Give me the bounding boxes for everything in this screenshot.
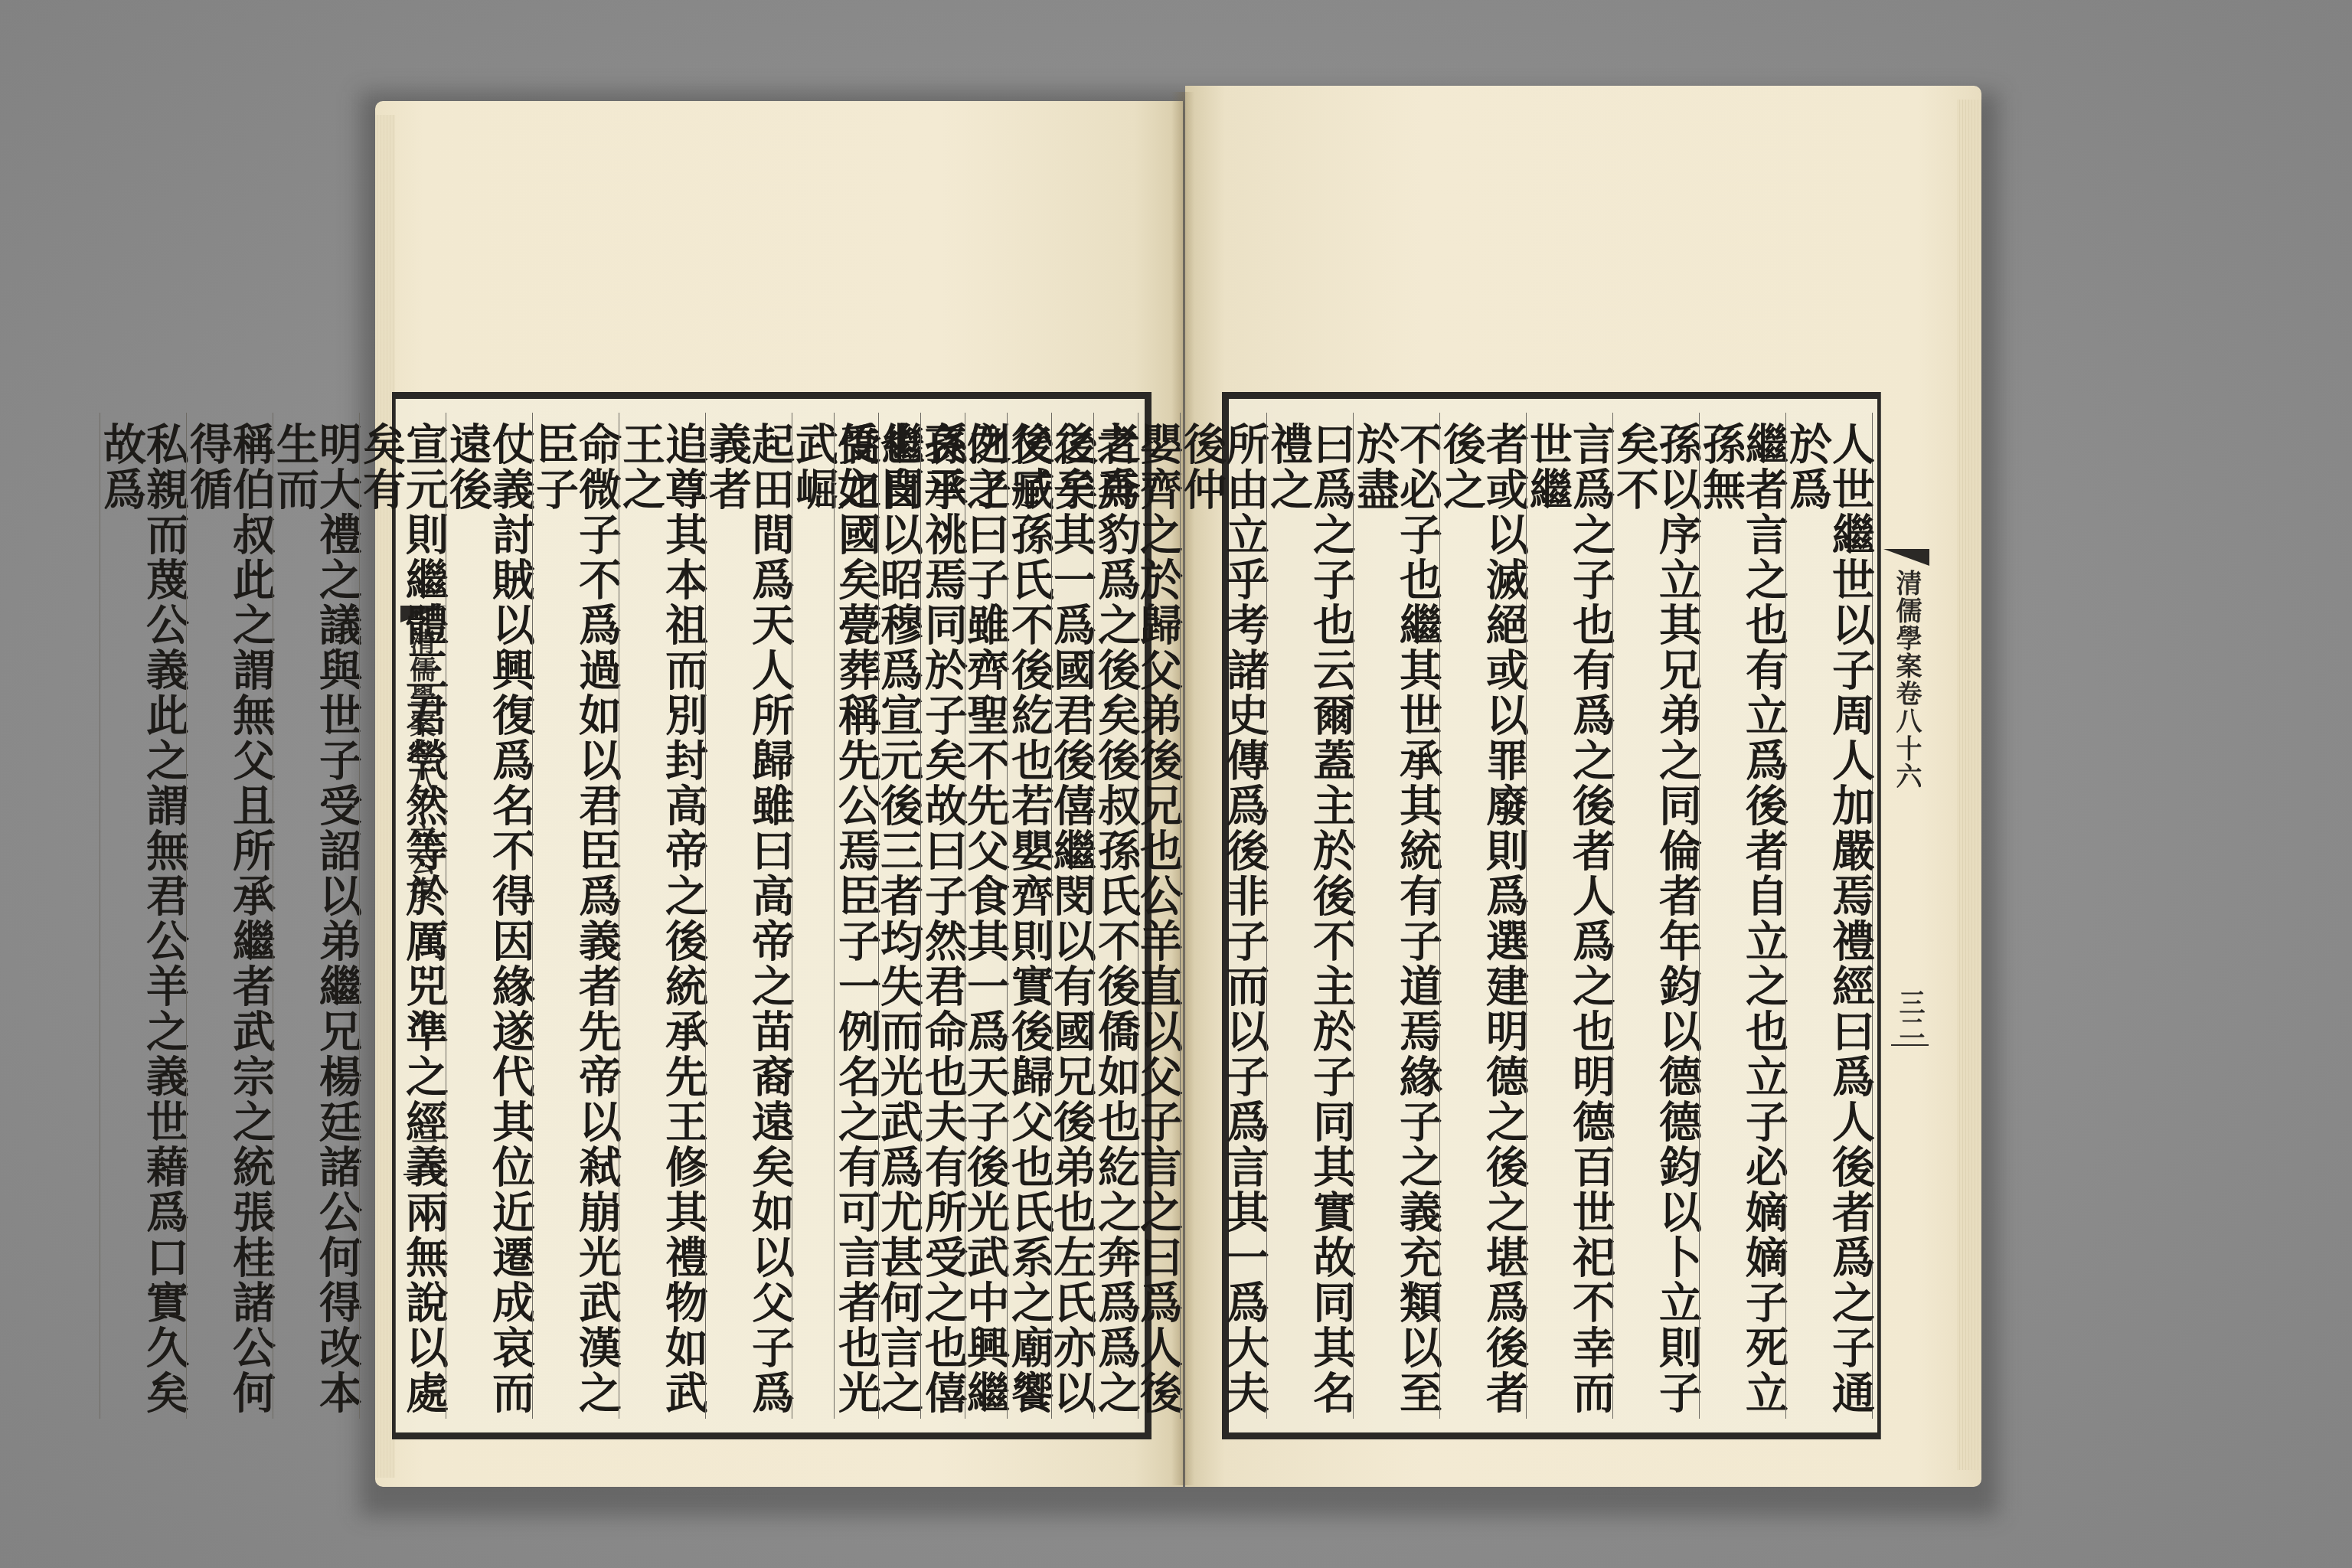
margin-rule xyxy=(1880,392,1881,1439)
right-text-columns: 人世繼世以子周人加嚴焉禮經曰爲人後者爲之子通於爲 繼者言之也有立爲後者自立之也立… xyxy=(1235,413,1873,1419)
text-column: 私親而蔑公義此之謂無君公羊之義世藉爲口實久矣故爲 xyxy=(100,413,186,1419)
text-column: 人世繼世以子周人加嚴焉禮經曰爲人後者爲之子通於爲 xyxy=(1785,413,1873,1419)
text-column: 明大禮之議與世子受詔以弟繼兄楊廷諸公何得改本生而 xyxy=(273,413,359,1419)
right-margin-title: 清儒學案卷八十六 xyxy=(1888,570,1926,790)
text-column: 也自以昭穆爲宣元後三者均失而光武爲尤甚何言之僑如 xyxy=(834,413,920,1419)
text-column: 例之曰子雖齊聖不先父食其一爲天子後光武中興繼哀平 xyxy=(920,413,1007,1419)
text-column: 稱伯叔此之謂無父且所承繼者武宗之統張桂諸公何得循 xyxy=(186,413,273,1419)
text-column: 命微子不爲過如以君臣爲義者先帝以弒崩光武漢之臣子 xyxy=(532,413,619,1419)
text-column: 孫以序立其兄弟之同倫者年鈞以德德鈞以卜立則子矣不 xyxy=(1612,413,1699,1419)
text-column: 之子其一爲國君後僖繼閔以有國兄後弟也左氏亦以父子 xyxy=(1007,413,1093,1419)
text-column: 者或以滅絕或以罪廢則爲選建明德之後之堪爲後者後之 xyxy=(1439,413,1526,1419)
text-column: 不必子也繼其世承其統有子道焉緣子之義充類以至於盡 xyxy=(1353,413,1439,1419)
text-column: 仗義討賊以興復爲名不得因緣遂代其位近遷成哀而遠後 xyxy=(446,413,532,1419)
right-text-frame: 人世繼世以子周人加嚴焉禮經曰爲人後者爲之子通於爲 繼者言之也有立爲後者自立之也立… xyxy=(1222,392,1880,1439)
text-column: 追尊其本祖而別封高帝之後統承先王修其禮物如武王之 xyxy=(619,413,705,1419)
text-column: 言爲之子也有爲之後者人爲之也明德百世祀不幸而世繼 xyxy=(1526,413,1612,1419)
text-column: 曰爲之子也云爾蓋主於後不主於子同其實故同其名禮之 xyxy=(1266,413,1353,1419)
right-fore-edge xyxy=(1957,100,1981,1470)
right-page-number: 三二 xyxy=(1891,989,1929,1046)
text-column: 嬰齊之於歸父弟後兄也公羊直以父子言之曰爲人後者爲 xyxy=(1093,413,1180,1419)
text-column: 宣元則繼體三君煢然等於厲兕準之經義兩無說以處矣有 xyxy=(359,413,446,1419)
text-column: 繼者言之也有立爲後者自立之也立子必嫡嫡子死立孫無 xyxy=(1699,413,1785,1419)
fishtail-mark-icon xyxy=(1883,549,1929,566)
right-fold-margin: 清儒學案卷八十六 三二 xyxy=(1880,392,1957,1439)
text-column: 起田間爲天人所歸雖曰高帝之苗裔遠矣如以父子爲義者 xyxy=(705,413,792,1419)
text-column: 所由立乎考諸史傳爲後非子而以子爲言其一爲大夫後仲 xyxy=(1180,413,1266,1419)
